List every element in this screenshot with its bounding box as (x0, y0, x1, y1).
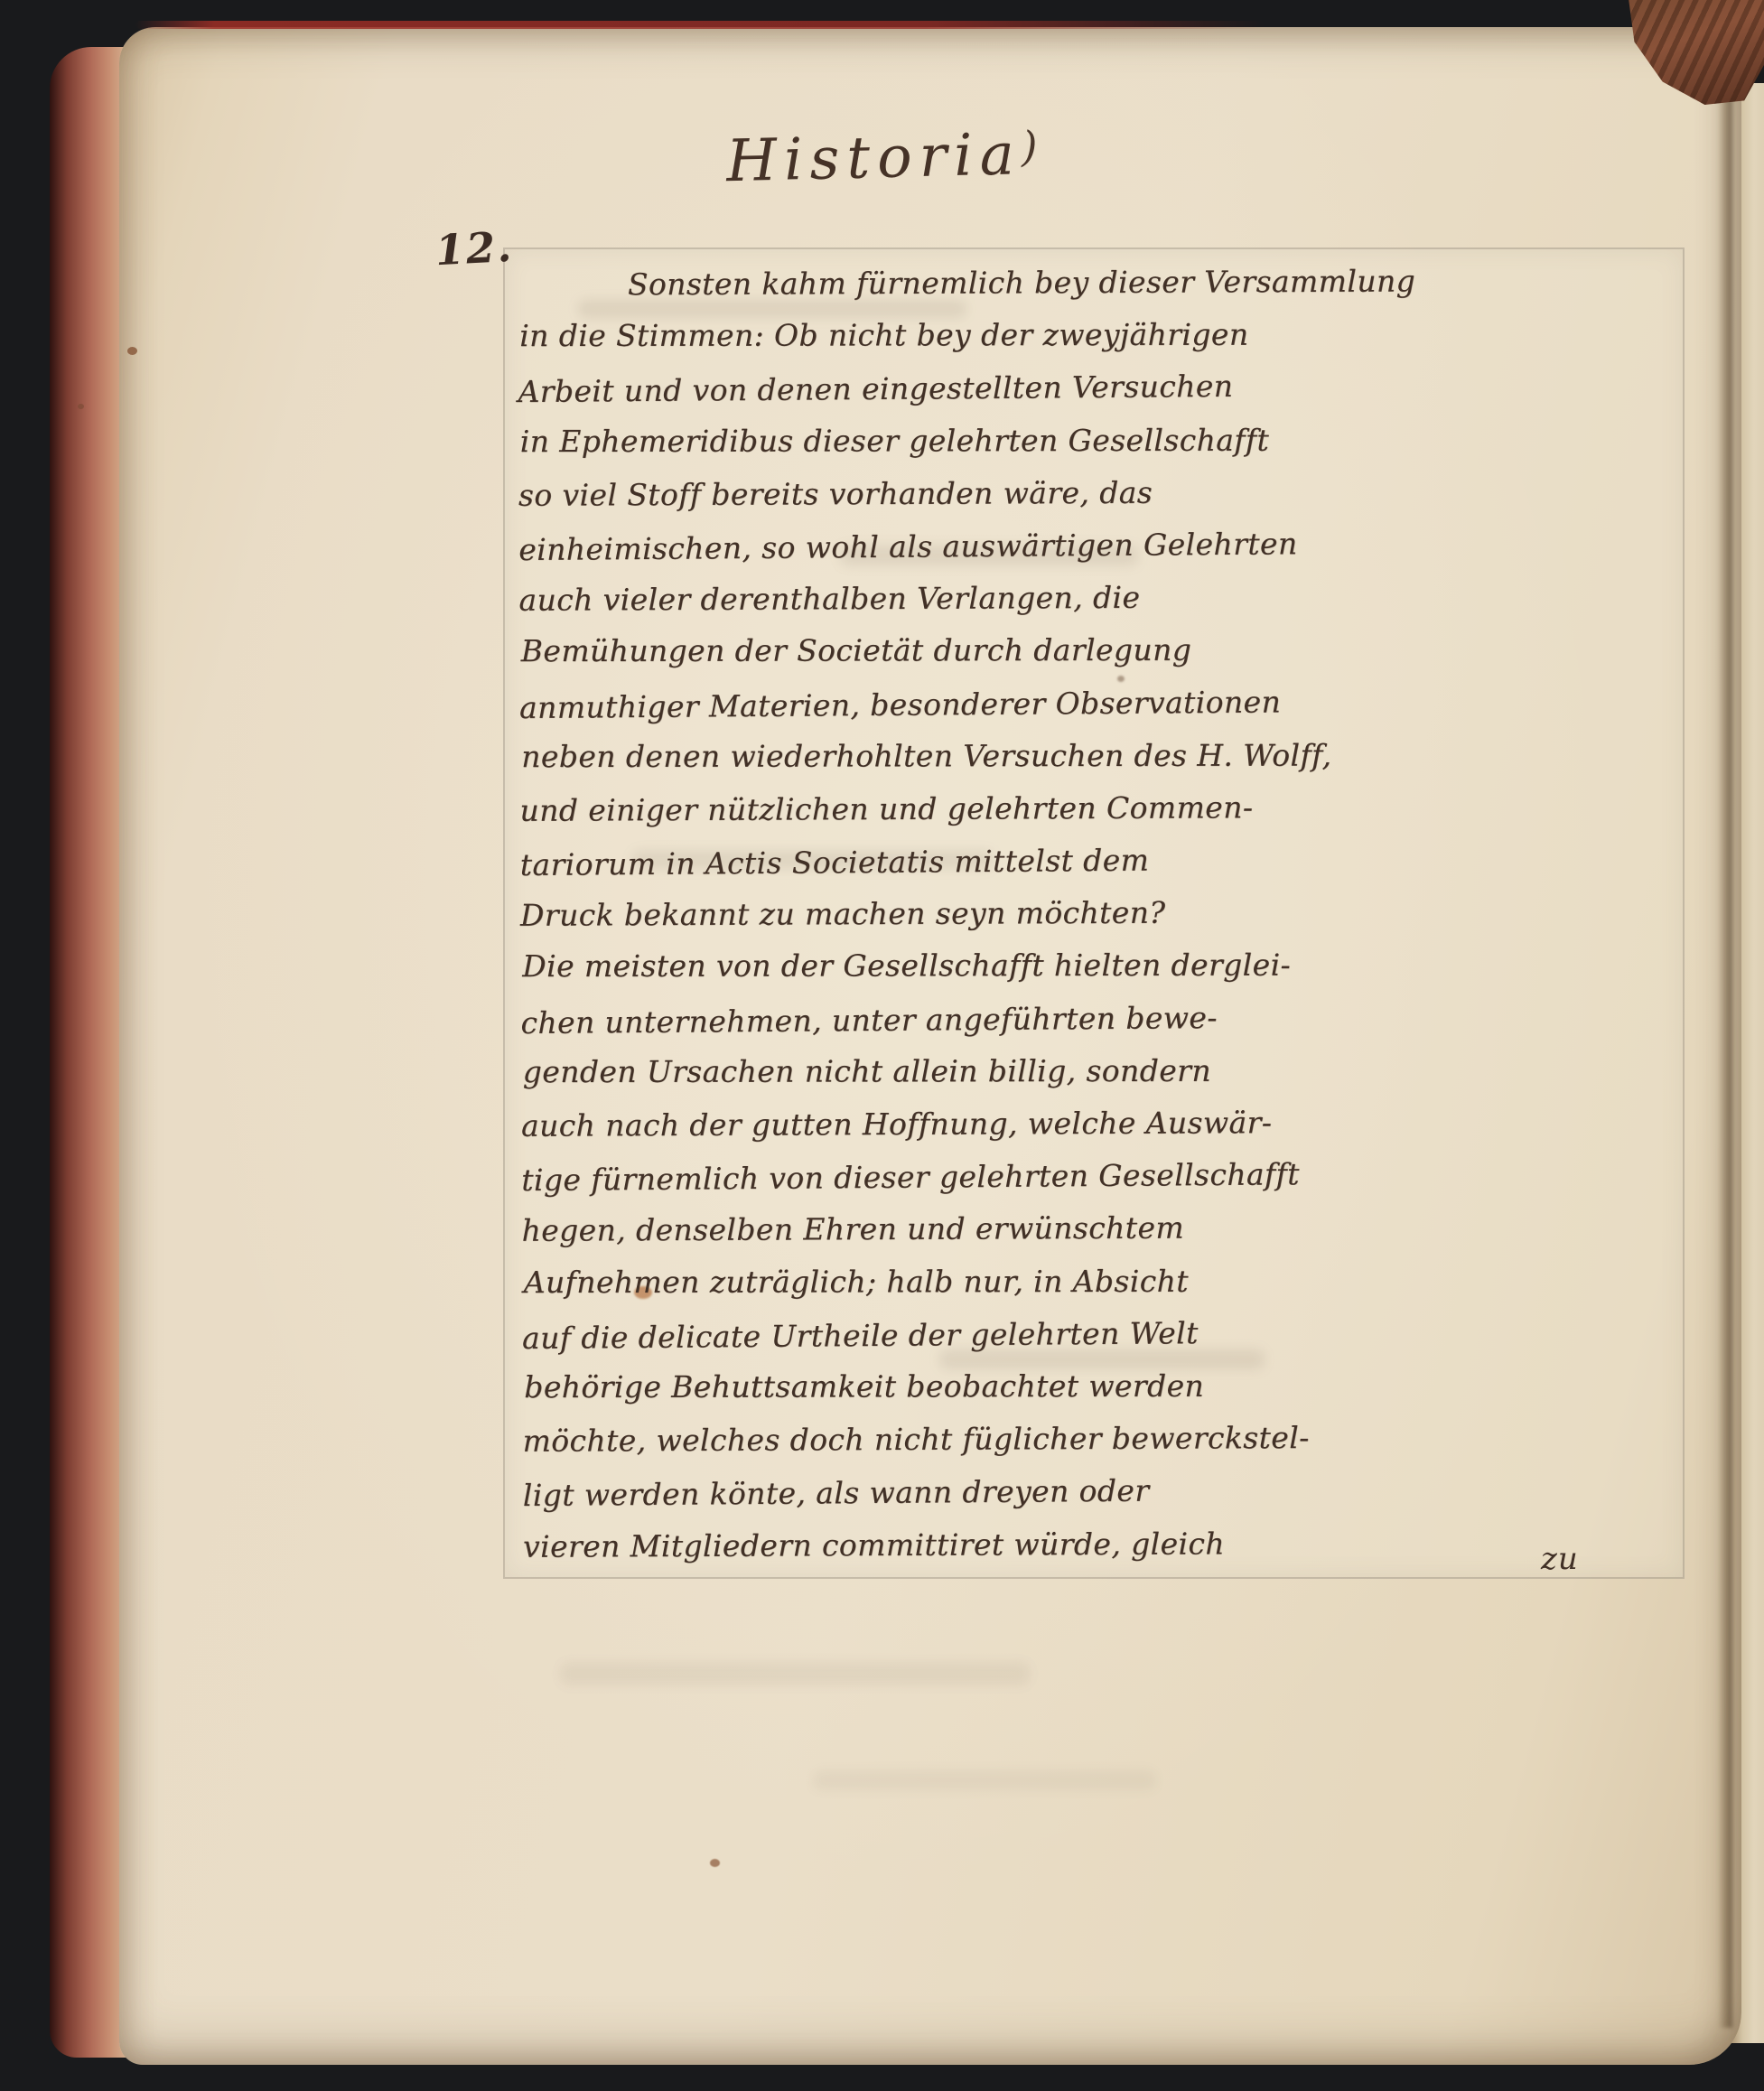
page-crease-shadow (1718, 95, 1732, 2028)
text-line: anmuthiger Materien, besonderer Observat… (519, 672, 1675, 733)
foxing-spot (127, 347, 137, 355)
text-line: ligt werden könte, als wann dreyen oder (523, 1461, 1679, 1522)
text-line: einheimischen, so wohl als auswärtigen G… (518, 515, 1675, 576)
text-line: auch vieler derenthalben Verlangen, die (518, 569, 1675, 627)
text-line: Aufnehmen zuträglich; halb nur, in Absic… (524, 1254, 1680, 1308)
text-line: neben denen wiederhohlten Versuchen des … (521, 729, 1677, 783)
text-line: behörige Behuttsamkeit beobachtet werden (524, 1359, 1680, 1414)
foxing-spot (710, 1859, 720, 1867)
foxing-spot (78, 404, 84, 409)
text-line: genden Ursachen nicht allein billig, son… (523, 1044, 1679, 1098)
text-line: in die Stimmen: Ob nicht bey der zweyjäh… (519, 308, 1675, 362)
text-line: hegen, denselben Ehren und erwünschtem (521, 1200, 1677, 1258)
red-stained-top-edge (135, 21, 1265, 29)
text-line: Bemühungen der Societät durch darlegung (521, 623, 1677, 677)
text-lines: Sonsten kahm fürnemlich bey dieser Versa… (518, 254, 1679, 1573)
ink-show-through (560, 1662, 1030, 1685)
text-line: Sonsten kahm fürnemlich bey dieser Versa… (518, 254, 1674, 312)
text-line: auf die delicate Urtheile der gelehrten … (522, 1303, 1678, 1365)
text-line: möchte, welches doch nicht füglicher bew… (522, 1410, 1678, 1468)
scan-background: { "page": { "folio_number": "12.", "head… (0, 0, 1764, 2091)
ink-show-through (813, 1770, 1156, 1790)
text-line: vieren Mitgliedern committiret würde, gl… (523, 1516, 1679, 1573)
text-line: tariorum in Actis Societatis mittelst de… (520, 830, 1676, 891)
text-line: und einiger nützlichen und gelehrten Com… (519, 779, 1675, 837)
text-line: Druck bekannt zu machen seyn möchten? (520, 884, 1676, 942)
text-line: so viel Stoff bereits vorhanden wäre, da… (518, 464, 1675, 522)
text-line: chen unternehmen, unter angeführten bewe… (520, 988, 1676, 1050)
text-line: auch nach der gutten Hoffnung, welche Au… (521, 1095, 1677, 1153)
text-line: Arbeit und von denen eingestellten Versu… (518, 357, 1674, 418)
text-line: tige fürnemlich von dieser gelehrten Ges… (521, 1145, 1677, 1207)
catchword: zu (1541, 1541, 1579, 1577)
folio-number: 12. (434, 222, 515, 275)
text-line: in Ephemeridibus dieser gelehrten Gesell… (520, 413, 1676, 467)
heading-flourish: ) (1021, 122, 1038, 171)
page-title-text: Historia (725, 121, 1022, 195)
text-line: Die meisten von der Gesellschafft hielte… (522, 938, 1678, 993)
